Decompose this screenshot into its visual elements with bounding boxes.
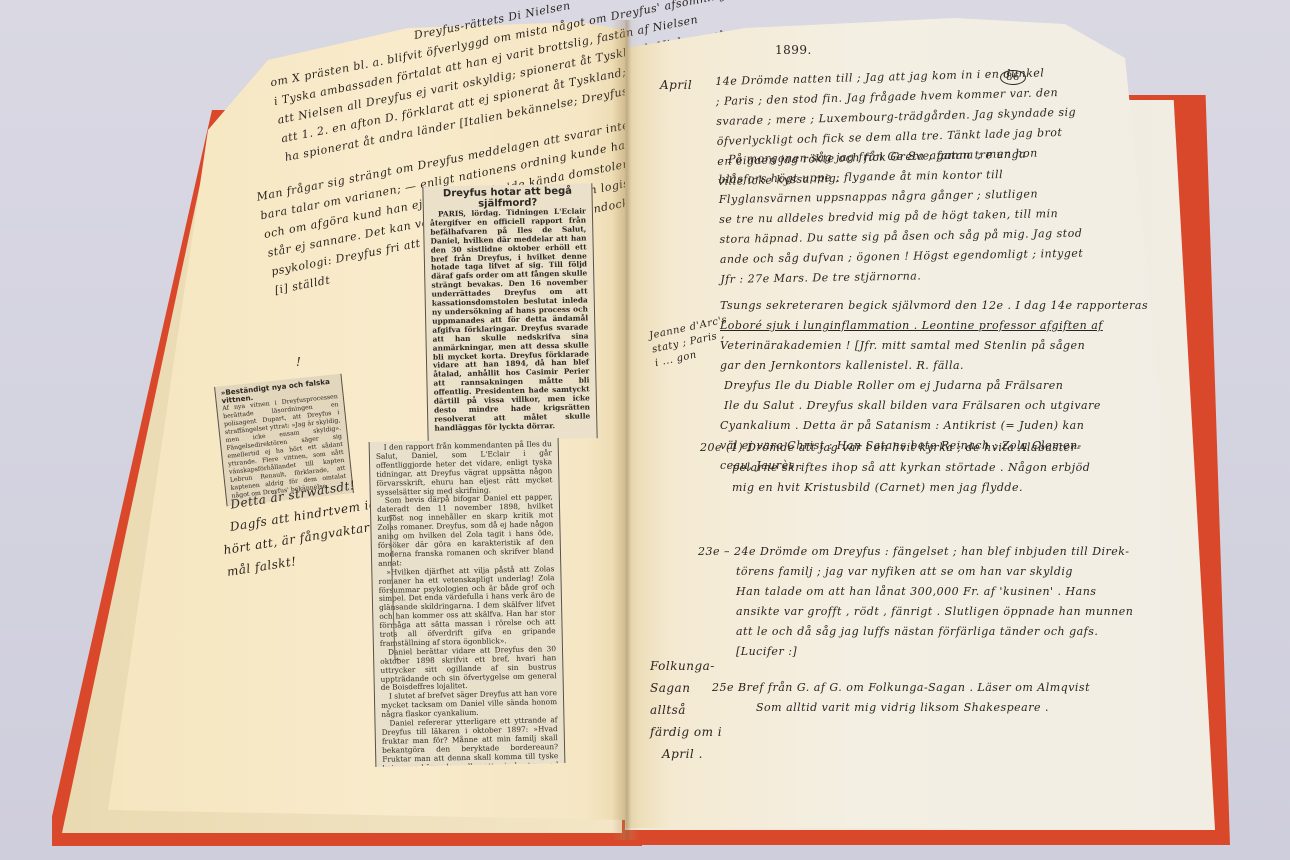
handwriting-line: April .	[662, 743, 722, 765]
diary-entry-23-24: 23e – 24e Drömde om Dreyfus : fängelset …	[698, 542, 1133, 662]
diary-entry-14-morning: På morgonen såg jag från Ge Sveagatan tr…	[718, 144, 1084, 290]
handwriting-line: Sagan	[650, 677, 722, 699]
handwriting-line: Folkunga-	[650, 655, 722, 677]
handwriting-line: Som alltid varit mig vidrig liksom Shake…	[756, 698, 1090, 718]
diary-entry-20: 20e (1) Drömde att jag var i en hvit kyr…	[700, 438, 1090, 498]
page-year: 1899.	[775, 43, 812, 57]
handwriting-line: att le och då såg jag luffs nästan förfä…	[736, 622, 1133, 642]
newspaper-clipping-main-top: Dreyfus hotar att begå själfmord? PARIS,…	[422, 183, 597, 442]
handwriting-line: mig en hvit Kristusbild (Carnet) men jag…	[732, 478, 1090, 498]
handwriting-line: ansikte var grofft , rödt , fänrigt . Sl…	[736, 602, 1133, 622]
handwriting-line: färdig om i	[650, 721, 722, 743]
clipping-paragraph: PARIS, lördag. Tidningen L'Eclair återgi…	[430, 207, 591, 433]
handwriting-line: 23e – 24e Drömde om Dreyfus : fängelset …	[698, 542, 1133, 562]
handwriting-line: pelarne skriftes ihop så att kyrkan stör…	[732, 458, 1090, 478]
month-label: April	[660, 78, 692, 92]
clipping-paragraph: Som bevis därpå bifogar Daniel ett pappe…	[377, 494, 554, 569]
clipping-paragraph: I den rapport från kommendanten på Iles …	[376, 440, 553, 497]
handwriting-line: gar den Jernkontors kallenistel. R. fäll…	[720, 356, 1148, 376]
diary-entry-25: 25e Bref från G. af G. om Folkunga-Sagan…	[712, 678, 1090, 718]
handwriting-line: törens familj ; jag var nyfiken att se o…	[736, 562, 1133, 582]
clipping-paragraph: Daniel berättar vidare att Dreyfus den 3…	[380, 645, 557, 693]
clipping-paragraph: Daniel refererar ytterligare ett yttrand…	[381, 716, 558, 767]
exclamation-mark: !	[296, 355, 301, 369]
handwriting-line: [Lucifer :]	[736, 642, 1133, 662]
handwriting-line: 20e (1) Drömde att jag var i en hvit kyr…	[700, 438, 1090, 458]
handwriting-line: 25e Bref från G. af G. om Folkunga-Sagan…	[712, 678, 1090, 698]
handwriting-line: Cyankalium . Detta är på Satanism : Anti…	[720, 416, 1148, 436]
handwriting-line: Loboré sjuk i lunginflammation . Leontin…	[720, 316, 1148, 336]
handwriting-line: Tsungs sekreteraren begick självmord den…	[720, 296, 1148, 316]
book-spine-gutter	[612, 20, 640, 840]
handwriting-line: Ile du Salut . Dreyfus skall bilden vara…	[724, 396, 1148, 416]
clipping-paragraph: »Hvilken djärfhet att vilja påstå att Zo…	[378, 565, 556, 649]
handwriting-line: alltså	[650, 699, 722, 721]
handwriting-line: Dreyfus Ile du Diable Roller om ej Judar…	[724, 376, 1148, 396]
handwriting-line: Veterinärakademien ! [Jfr. mitt samtal m…	[720, 336, 1148, 356]
handwriting-line: Han talade om att han lånat 300,000 Fr. …	[736, 582, 1133, 602]
margin-note-folkunga: Folkunga- Sagan alltså färdig om i April…	[650, 655, 722, 765]
book-scene: Dreyfus-rättets Di Nielsen om X prästen …	[0, 0, 1290, 860]
